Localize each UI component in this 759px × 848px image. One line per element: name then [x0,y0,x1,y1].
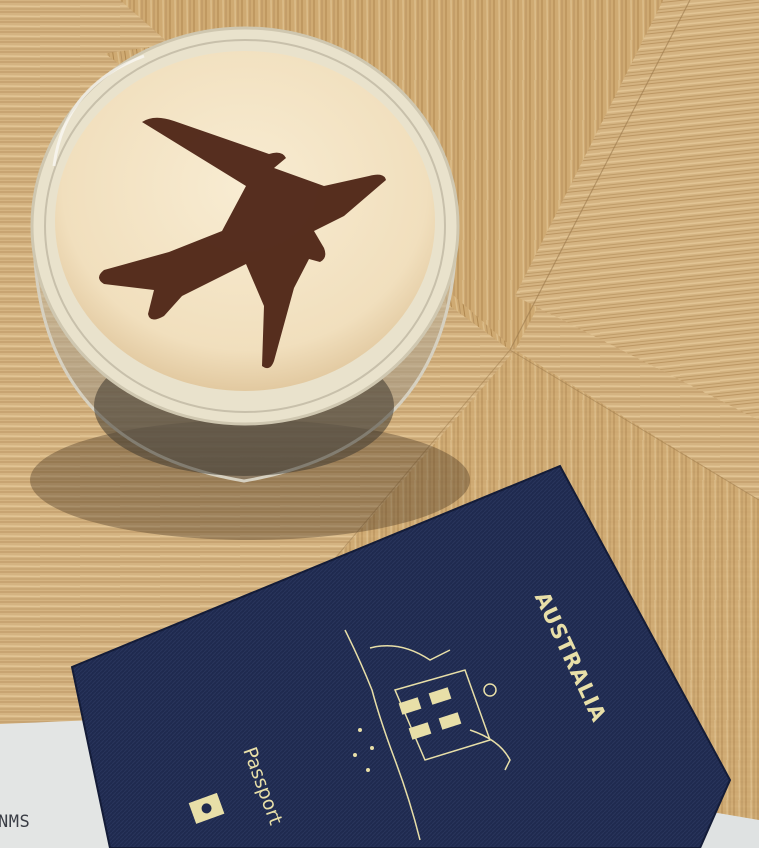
passport [0,0,759,848]
